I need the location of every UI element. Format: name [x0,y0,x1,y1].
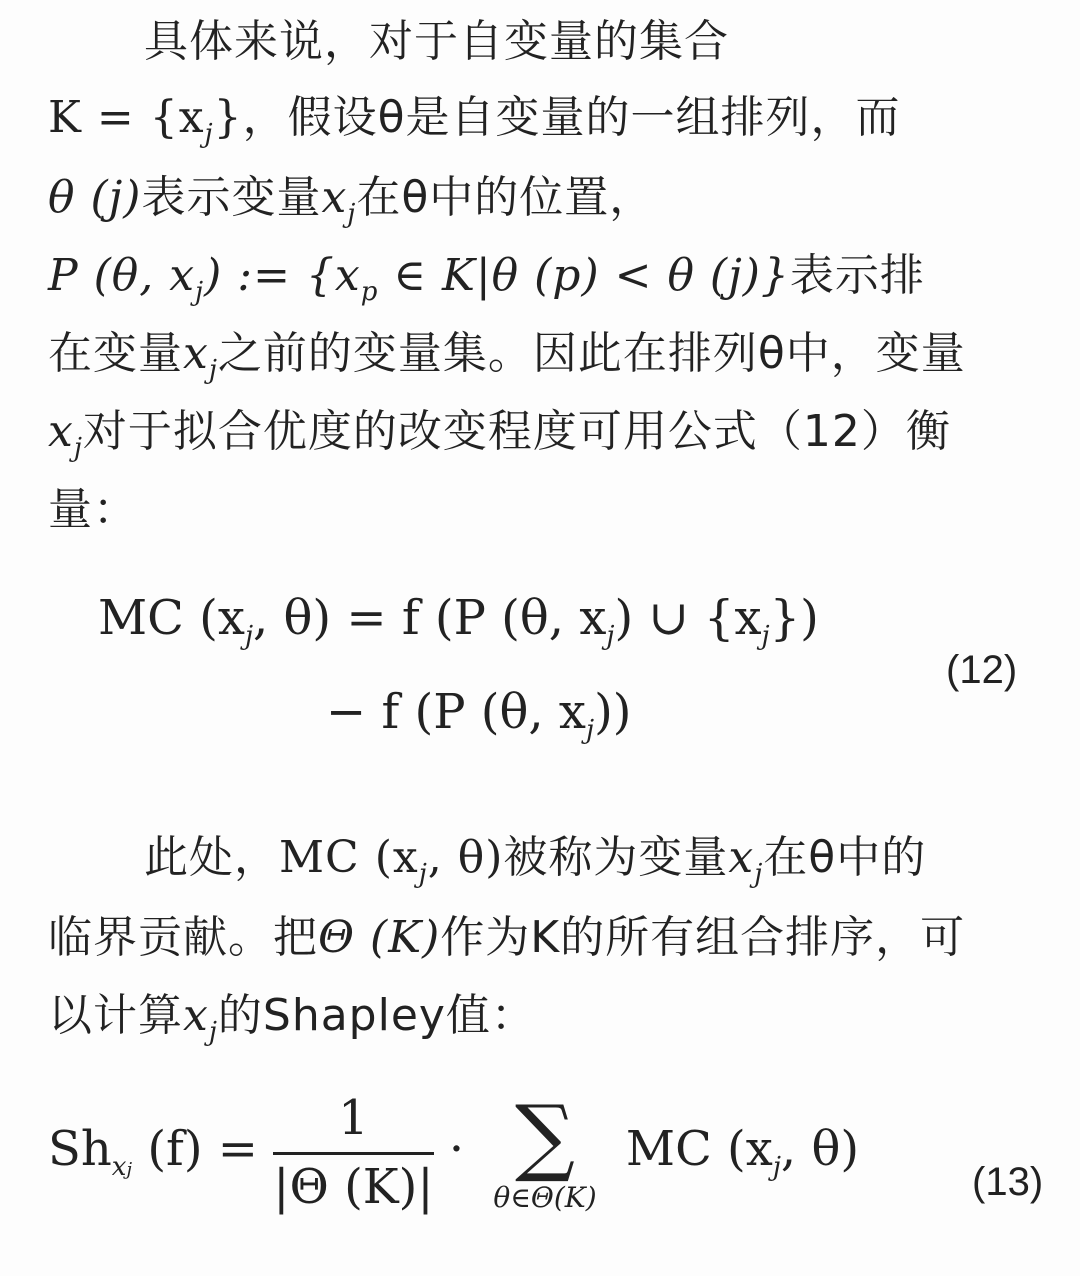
math-theta-k: Θ (K) [318,912,440,963]
math-p-def: P (θ, x [48,250,195,301]
text: ，假设θ是自变量的一组排列，而 [243,92,901,143]
subscript: j [209,1017,218,1047]
fraction: 1 |Θ (K)| [273,1090,433,1215]
math: MC (x [98,590,245,646]
text: 具体来说，对于自变量的集合 [144,16,729,67]
text: 在θ中的 [763,832,926,883]
paragraph1-line2: K = {xj}，假设θ是自变量的一组排列，而 [48,88,901,164]
text: 对于拟合优度的改变程度可用公式（12）衡 [83,406,951,457]
math-var: x [183,328,209,379]
math: , θ) [428,832,504,883]
equation12-number: (12) [946,648,1017,693]
paragraph1-line6: xj对于拟合优度的改变程度可用公式（12）衡 [48,402,951,478]
equation12-line1: MC (xj, θ) = f (P (θ, xj) ∪ {xj}) [98,590,819,651]
equation12-line2: − f (P (θ, xj)) [326,684,632,745]
denominator: |Θ (K)| [273,1155,433,1215]
math: ) := {x [204,250,361,301]
math-var: x [728,832,754,883]
text: 在θ中的位置， [356,172,654,223]
math-var: x [48,406,74,457]
text: 之前的变量集。因此在排列θ中，变量 [218,328,966,379]
subscript: j [74,433,83,463]
subscript: j [754,859,763,889]
math: )) [594,684,631,740]
math: − f (P (θ, x [326,684,586,740]
paragraph1-line1: 具体来说，对于自变量的集合 [144,12,729,72]
paragraph2-line1: 此处，MC (xj, θ)被称为变量xj在θ中的 [144,828,926,904]
text: 此处， [144,832,279,883]
text: 在变量 [48,328,183,379]
math-theta-j: θ (j) [48,172,141,223]
math: MC (x [626,1121,773,1177]
math: ∈ K|θ (p) < θ (j)} [378,250,790,301]
math-brace: } [214,92,243,143]
math: Sh [48,1121,112,1177]
subscript: j [195,277,204,307]
text: 表示排 [790,250,925,301]
math: ) ∪ {x [614,590,761,646]
text: 量： [48,484,138,535]
equation13-number: (13) [972,1160,1043,1205]
subscript: j [347,199,356,229]
math: }) [770,590,819,646]
math-var: x [183,990,209,1041]
subscript: j [586,715,594,745]
subscript: p [361,277,379,307]
sigma-icon: ∑ [493,1091,596,1181]
text: 表示变量 [141,172,321,223]
subscript: j [209,355,218,385]
paragraph1-line4: P (θ, xj) := {xp ∈ K|θ (p) < θ (j)}表示排 [48,246,925,322]
subscript: j [762,621,770,651]
text: 的Shapley值： [218,990,536,1041]
math-var: x [321,172,347,223]
numerator: 1 [273,1090,433,1155]
subscript: j [245,621,253,651]
paragraph1-line7: 量： [48,480,138,540]
text: 以计算 [48,990,183,1041]
math: (f) = [132,1121,273,1177]
equation13: Shxj (f) = 1 |Θ (K)| · ∑ θ∈Θ(K) MC (xj, … [48,1090,859,1215]
text: 作为K的所有组合排序，可 [440,912,965,963]
text: 被称为变量 [503,832,728,883]
text: 临界贡献。把 [48,912,318,963]
math: , θ) [781,1121,859,1177]
subscript: x [112,1152,127,1182]
paragraph2-line2: 临界贡献。把Θ (K)作为K的所有组合排序，可 [48,908,965,968]
math-dot: · [449,1121,464,1177]
paragraph1-line3: θ (j)表示变量xj在θ中的位置， [48,168,654,244]
summation: ∑ θ∈Θ(K) [493,1091,596,1214]
math: , θ) = f (P (θ, x [253,590,606,646]
paragraph1-line5: 在变量xj之前的变量集。因此在排列θ中，变量 [48,324,966,400]
subscript: j [419,859,428,889]
math-set-k: K = {x [48,92,205,143]
paragraph2-line3: 以计算xj的Shapley值： [48,986,536,1062]
math-mc: MC (x [279,832,419,883]
sum-limit: θ∈Θ(K) [493,1181,596,1214]
subscript: j [205,119,214,149]
subscript: j [773,1152,781,1182]
